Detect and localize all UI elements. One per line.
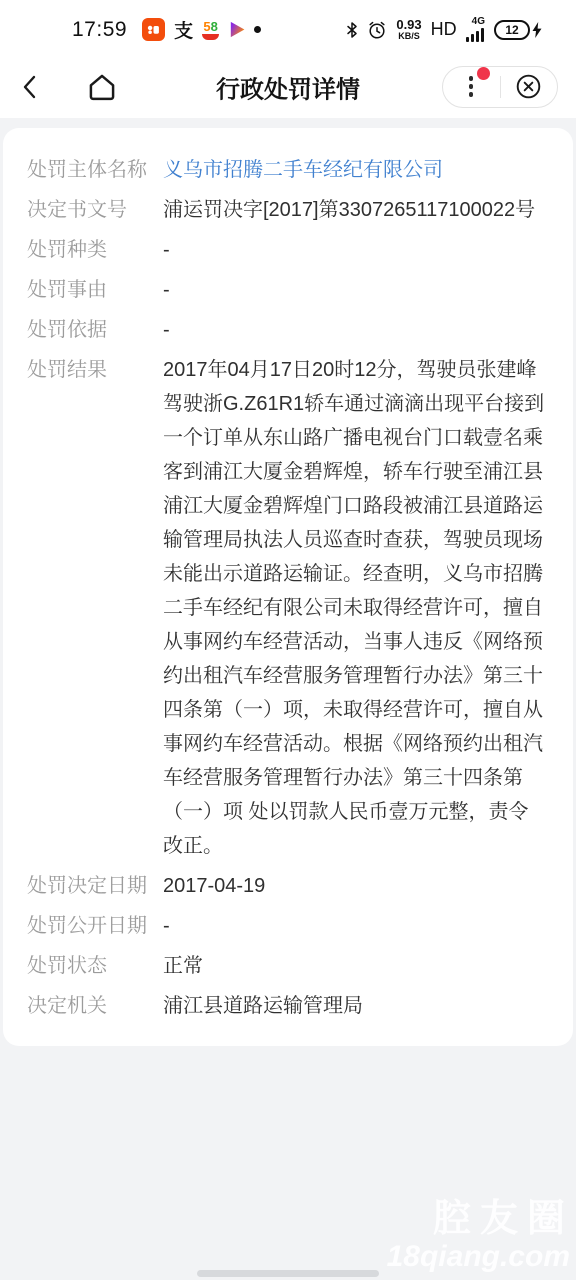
detail-row: 处罚状态 正常 bbox=[27, 946, 547, 986]
detail-row-label: 处罚决定日期 bbox=[27, 869, 163, 903]
detail-row-value: 2017年04月17日20时12分，驾驶员张建峰驾驶浙G.Z61R1轿车通过滴滴… bbox=[163, 353, 547, 863]
detail-row: 决定书文号 浦运罚决字[2017]第3307265117100022号 bbox=[27, 190, 547, 230]
video-app-notification-icon bbox=[228, 21, 245, 38]
detail-row-value: - bbox=[163, 233, 547, 267]
detail-row: 处罚种类 - bbox=[27, 230, 547, 270]
detail-row: 处罚依据 - bbox=[27, 310, 547, 350]
detail-row-value: - bbox=[163, 909, 547, 943]
detail-row-value: - bbox=[163, 313, 547, 347]
detail-rows: 处罚主体名称 义乌市招腾二手车经纪有限公司 决定书文号 浦运罚决字[2017]第… bbox=[27, 150, 547, 1026]
detail-row: 处罚决定日期 2017-04-19 bbox=[27, 866, 547, 906]
detail-row-value: - bbox=[163, 273, 547, 307]
close-icon bbox=[515, 73, 542, 100]
volte-hd-icon: HD bbox=[431, 19, 457, 40]
detail-row-label: 处罚事由 bbox=[27, 273, 163, 307]
alipay-notification-icon: 支 bbox=[174, 16, 193, 43]
notification-dot-icon bbox=[254, 26, 261, 33]
58tongcheng-notification-icon: 58 bbox=[202, 20, 219, 40]
cellular-signal-icon: 4G bbox=[466, 17, 485, 42]
detail-row-label: 决定机关 bbox=[27, 989, 163, 1023]
watermark-text: 腔友圈 bbox=[387, 1187, 574, 1242]
detail-row-value: 正常 bbox=[163, 949, 547, 983]
detail-row-label: 处罚依据 bbox=[27, 313, 163, 347]
kuaishou-notification-icon bbox=[142, 18, 165, 41]
detail-row-value: 2017-04-19 bbox=[163, 869, 547, 903]
detail-row-label: 处罚种类 bbox=[27, 233, 163, 267]
detail-row: 决定机关 浦江县道路运输管理局 bbox=[27, 986, 547, 1026]
close-button[interactable] bbox=[501, 67, 558, 107]
status-bar: 17:59 支 58 bbox=[0, 0, 576, 55]
charging-bolt-icon bbox=[532, 22, 542, 38]
bluetooth-icon bbox=[346, 21, 358, 39]
watermark: 腔友圈 18qiang.com bbox=[387, 1187, 570, 1272]
home-indicator-bar[interactable] bbox=[197, 1270, 379, 1277]
detail-row: 处罚结果 2017年04月17日20时12分，驾驶员张建峰驾驶浙G.Z61R1轿… bbox=[27, 350, 547, 866]
alarm-clock-icon bbox=[367, 20, 387, 40]
detail-row-label: 处罚状态 bbox=[27, 949, 163, 983]
detail-row-label: 决定书文号 bbox=[27, 193, 163, 227]
detail-row-label: 处罚结果 bbox=[27, 353, 163, 387]
more-dots-icon bbox=[469, 73, 474, 101]
phone-screen: 17:59 支 58 bbox=[0, 0, 576, 1280]
page-title: 行政处罚详情 bbox=[216, 69, 360, 104]
clock-time: 17:59 bbox=[72, 18, 127, 42]
battery-level: 12 bbox=[494, 20, 530, 40]
network-speed-indicator: 0.93 KB/S bbox=[396, 18, 421, 41]
detail-row-label: 处罚主体名称 bbox=[27, 153, 163, 187]
nav-bar: 行政处罚详情 bbox=[0, 55, 576, 118]
detail-row: 处罚事由 - bbox=[27, 270, 547, 310]
back-button[interactable] bbox=[18, 74, 42, 100]
company-name-link[interactable]: 义乌市招腾二手车经纪有限公司 bbox=[163, 153, 547, 187]
status-bar-right: 0.93 KB/S HD 4G 12 bbox=[346, 17, 542, 42]
detail-row: 处罚公开日期 - bbox=[27, 906, 547, 946]
home-button[interactable] bbox=[86, 72, 118, 102]
detail-row-value: 浦江县道路运输管理局 bbox=[163, 989, 547, 1023]
status-bar-left: 17:59 支 58 bbox=[72, 16, 261, 43]
more-menu-button[interactable] bbox=[443, 67, 500, 107]
penalty-detail-card: 处罚主体名称 义乌市招腾二手车经纪有限公司 决定书文号 浦运罚决字[2017]第… bbox=[3, 128, 573, 1046]
nav-capsule bbox=[442, 66, 558, 108]
battery-indicator: 12 bbox=[494, 20, 542, 40]
notification-badge bbox=[477, 67, 490, 80]
detail-row-value: 浦运罚决字[2017]第3307265117100022号 bbox=[163, 193, 547, 227]
detail-row: 处罚主体名称 义乌市招腾二手车经纪有限公司 bbox=[27, 150, 547, 190]
detail-row-label: 处罚公开日期 bbox=[27, 909, 163, 943]
watermark-url: 18qiang.com bbox=[387, 1242, 570, 1272]
